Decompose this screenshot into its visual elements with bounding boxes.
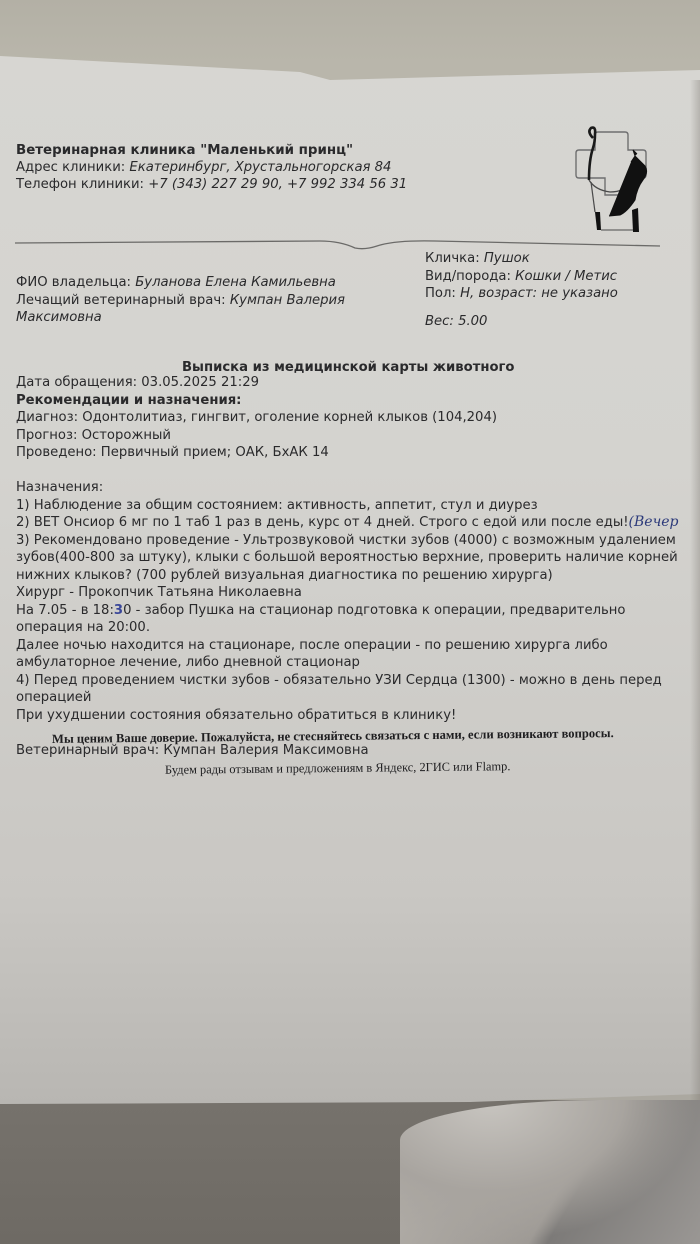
owner-name: ФИО владельца: Буланова Елена Камильевна	[16, 274, 345, 292]
pet-name-label: Кличка:	[425, 251, 480, 266]
prescription-item: операция на 20:00.	[16, 619, 679, 637]
prognosis: Прогноз: Осторожный	[16, 427, 679, 445]
prescription-item: Далее ночью находится на стационаре, пос…	[16, 637, 679, 655]
pet-sex-age: Пол: Н, возраст: не указано	[425, 285, 618, 303]
owner-label: ФИО владельца:	[16, 275, 131, 290]
pet-sex-value: Н	[460, 286, 470, 301]
prescription-item: зубов(400-800 за штуку), клыки с большой…	[16, 549, 679, 567]
pet-sex-label: Пол:	[425, 286, 456, 301]
owner-value: Буланова Елена Камильевна	[135, 275, 336, 290]
prescription-item: 1) Наблюдение за общим состоянием: актив…	[16, 497, 679, 515]
pet-name-value: Пушок	[484, 251, 530, 266]
visit-date: Дата обращения: 03.05.2025 21:29	[16, 374, 679, 392]
clinic-name: Ветеринарная клиника "Маленький принц"	[16, 142, 407, 159]
prescription-item: нижних клыков? (700 рублей визуальная ди…	[16, 567, 679, 585]
prescription-item: 4) Перед проведением чистки зубов - обяз…	[16, 672, 679, 690]
prescriptions-heading: Назначения:	[16, 479, 679, 497]
pet-weight-label: Вес:	[425, 314, 454, 329]
doctor-label: Лечащий ветеринарный врач:	[16, 293, 226, 308]
attending-doctor: Лечащий ветеринарный врач: Кумпан Валери…	[16, 292, 345, 310]
doctor-value: Кумпан Валерия	[230, 293, 345, 308]
pet-name: Кличка: Пушок	[425, 250, 618, 268]
document-body: Дата обращения: 03.05.2025 21:29 Рекомен…	[16, 374, 679, 759]
marble-surface	[400, 1100, 700, 1244]
paper-edge-shadow	[690, 80, 700, 1100]
phone-value: +7 (343) 227 29 90, +7 992 334 56 31	[148, 177, 407, 192]
clinic-header: Ветеринарная клиника "Маленький принц" А…	[16, 142, 407, 193]
warning: При ухудшении состояния обязательно обра…	[16, 707, 679, 725]
handwritten-note: (Вечер	[629, 514, 679, 530]
recommendations-heading: Рекомендации и назначения:	[16, 392, 679, 410]
owner-info: ФИО владельца: Буланова Елена Камильевна…	[16, 274, 345, 327]
prescription-text: 2) ВЕТ Онсиор 6 мг по 1 таб 1 раз в день…	[16, 515, 629, 530]
pet-age-value: не указано	[541, 286, 618, 301]
prescription-item: амбулаторное лечение, либо дневной стаци…	[16, 654, 679, 672]
clinic-phone: Телефон клиники: +7 (343) 227 29 90, +7 …	[16, 176, 407, 193]
prescription-item: 3) Рекомендовано проведение - Ультрозвук…	[16, 532, 679, 550]
pet-species-label: Вид/порода:	[425, 269, 511, 284]
performed: Проведено: Первичный прием; ОАК, БхАК 14	[16, 444, 679, 462]
cat-cross-logo-icon	[565, 120, 665, 235]
schedule-text: На 7.05 - в 18:	[16, 603, 114, 618]
doctor-value-continued: Максимовна	[16, 309, 345, 327]
pet-age-label: возраст:	[478, 286, 537, 301]
pet-weight: Вес: 5.00	[425, 313, 618, 331]
schedule-text-cont: 0 - забор Пушка на стационар подготовка …	[123, 603, 625, 618]
surgeon: Хирург - Прокопчик Татьяна Николаевна	[16, 584, 679, 602]
footer-reviews: Будем рады отзывам и предложениям в Янде…	[165, 758, 511, 779]
pet-species: Вид/порода: Кошки / Метис	[425, 268, 618, 286]
pet-weight-value: 5.00	[458, 314, 487, 329]
diagnosis: Диагноз: Одонтолитиаз, гингвит, оголение…	[16, 409, 679, 427]
phone-label: Телефон клиники:	[16, 177, 144, 192]
prescription-item: 2) ВЕТ Онсиор 6 мг по 1 таб 1 раз в день…	[16, 514, 679, 532]
pet-info: Кличка: Пушок Вид/порода: Кошки / Метис …	[425, 250, 618, 330]
address-label: Адрес клиники:	[16, 160, 125, 175]
clinic-address: Адрес клиники: Екатеринбург, Хрустальног…	[16, 159, 407, 176]
pet-species-value: Кошки / Метис	[515, 269, 617, 284]
address-value: Екатеринбург, Хрустальногорская 84	[129, 160, 391, 175]
handwritten-digit: 3	[114, 603, 123, 618]
prescription-item: операцией	[16, 689, 679, 707]
schedule: На 7.05 - в 18:30 - забор Пушка на стаци…	[16, 602, 679, 620]
